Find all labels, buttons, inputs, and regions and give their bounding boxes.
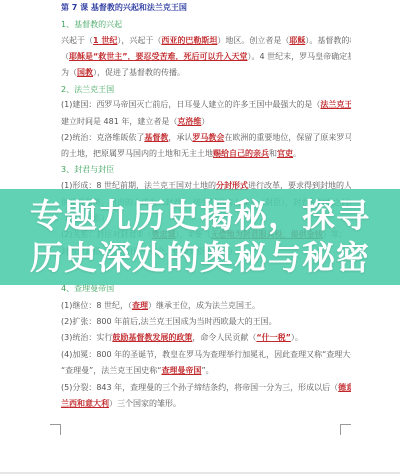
text-line: (4)加冕：800 年的圣诞节，教皇在罗马为查理举行加冕礼，因此查理又称“查理大… xyxy=(61,350,351,360)
text-segment: ） xyxy=(201,117,209,126)
text-segment: ）。 xyxy=(291,333,303,342)
section-heading: 4、查理曼帝国 xyxy=(61,284,351,294)
text-segment: (1)继位：8 世纪，（ xyxy=(61,301,132,310)
text-segment: (4)加冕：800 年的圣诞节，教皇在罗马为查理举行加冕礼，因此查理又称“查理大… xyxy=(61,350,351,359)
text-segment: (3)统治：实行 xyxy=(61,333,112,342)
answer-highlight: 克洛维 xyxy=(177,117,201,126)
title-banner-overlay: 专题九历史揭秘，探寻 历史深处的奥秘与秘密 xyxy=(0,189,400,285)
text-line: （耶稣是“救世主”，要忍受苦难，死后可以升入天堂）。4 世纪末，罗马皇帝确定基督… xyxy=(61,52,351,62)
text-line: “查理曼”，法兰克王国史称“查理曼帝国”。 xyxy=(61,366,351,376)
text-segment: (2)统治：克洛维皈依了 xyxy=(61,133,144,142)
answer-highlight: 官吏 xyxy=(277,149,293,158)
text-line: (1)建国：西罗马帝国灭亡前后，日耳曼人建立的许多王国中最强大的是（法兰克王国）… xyxy=(61,100,351,110)
answer-highlight: 赐给自己的亲兵 xyxy=(213,149,269,158)
text-segment: (2)扩张：800 年前后,法兰克王国成为当时西欧最大的王国。 xyxy=(61,317,277,326)
section-heading: 2、法兰克王国 xyxy=(61,85,351,95)
text-segment: ）。基督教的教义是： xyxy=(305,36,351,45)
text-segment: ）三个国家的雏形。 xyxy=(109,399,181,408)
answer-highlight: 西亚的巴勒斯坦 xyxy=(161,36,217,45)
text-segment: 为（ xyxy=(61,68,77,77)
answer-highlight: 德意志、法 xyxy=(338,383,351,392)
text-segment: ）地区。创立者是（ xyxy=(217,36,289,45)
text-segment: 兴起于（ xyxy=(61,36,93,45)
text-segment: ，命令人民贡献（ xyxy=(192,333,256,342)
text-line: 建立时间是 481 年，建立者是（克洛维） xyxy=(61,117,351,127)
answer-highlight: 罗马教会 xyxy=(192,133,224,142)
text-segment: 在欧洲的重要地位，保留了原来罗马大地主 xyxy=(224,133,351,142)
text-segment: 。 xyxy=(293,149,301,158)
text-line: (5)分裂：843 年，查理曼的三个孙子缔结条约，将帝国一分为三，形成以后（德意… xyxy=(61,383,351,393)
answer-highlight: 法兰克王国 xyxy=(320,100,351,109)
text-segment: (1)建国：西罗马帝国灭亡前后，日耳曼人建立的许多王国中最强大的是（ xyxy=(61,100,320,109)
text-segment: 建立时间是 481 年，建立者是（ xyxy=(61,117,177,126)
answer-highlight: 查理曼帝国 xyxy=(161,366,201,375)
answer-highlight: “什一税” xyxy=(256,333,291,342)
banner-title-line-1: 专题九历史揭秘，探寻 xyxy=(0,197,400,235)
text-segment: ”。 xyxy=(201,366,213,375)
text-segment: 和 xyxy=(269,149,277,158)
answer-highlight: 1 世纪 xyxy=(93,36,117,45)
answer-highlight: 耶稣 xyxy=(289,36,305,45)
answer-highlight: 鼓励基督教发展的政策 xyxy=(112,333,192,342)
answer-highlight: 兰西和意大利 xyxy=(61,399,109,408)
answer-highlight: 耶稣是“救世主”，要忍受苦难，死后可以升入天堂 xyxy=(69,52,248,61)
margin-corner-mark-right xyxy=(340,424,351,435)
text-segment: 的土地，把原属罗马国内的土地和无主土地 xyxy=(61,149,213,158)
section-heading: 3、封君与封臣 xyxy=(61,165,351,175)
text-line: 为（国教），促进了基督教的传播。 xyxy=(61,68,351,78)
text-segment: （ xyxy=(61,52,69,61)
text-segment: “查理曼”，法兰克王国史称“ xyxy=(61,366,161,375)
text-segment: (5)分裂：843 年，查理曼的三个孙子缔结条约，将帝国一分为三，形成以后（ xyxy=(61,383,338,392)
text-line: 兴起于（1 世纪），兴起于（西亚的巴勒斯坦）地区。创立者是（耶稣）。基督教的教义… xyxy=(61,36,351,46)
text-line: (2)统治：克洛维皈依了基督教，承认罗马教会在欧洲的重要地位，保留了原来罗马大地… xyxy=(61,133,351,143)
text-segment: ），兴起于（ xyxy=(117,36,161,45)
text-line: (2)扩张：800 年前后,法兰克王国成为当时西欧最大的王国。 xyxy=(61,317,351,327)
margin-corner-mark-left xyxy=(50,424,61,435)
section-heading: 1、基督教的兴起 xyxy=(61,20,351,30)
text-segment: ，承认 xyxy=(168,133,192,142)
answer-highlight: 基督教 xyxy=(144,133,168,142)
text-line: 兰西和意大利）三个国家的雏形。 xyxy=(61,399,351,409)
answer-highlight: 国教 xyxy=(77,68,93,77)
lesson-title: 第 7 课 基督教的兴起和法兰克王国 xyxy=(61,3,351,13)
text-segment: ）继承王位，成为法兰克国王。 xyxy=(148,301,260,310)
answer-highlight: 查理 xyxy=(132,301,148,310)
text-line: (3)统治：实行鼓励基督教发展的政策，命令人民贡献（“什一税”）。 xyxy=(61,333,351,343)
text-segment: ）。4 世纪末，罗马皇帝确定基督教 xyxy=(248,52,351,61)
banner-title-line-2: 历史深处的奥秘与秘密 xyxy=(0,239,400,277)
text-line: (1)继位：8 世纪，（查理）继承王位，成为法兰克国王。 xyxy=(61,301,351,311)
text-segment: ），促进了基督教的传播。 xyxy=(93,68,185,77)
text-line: 的土地，把原属罗马国内的土地和无主土地赐给自己的亲兵和官吏。 xyxy=(61,149,351,159)
